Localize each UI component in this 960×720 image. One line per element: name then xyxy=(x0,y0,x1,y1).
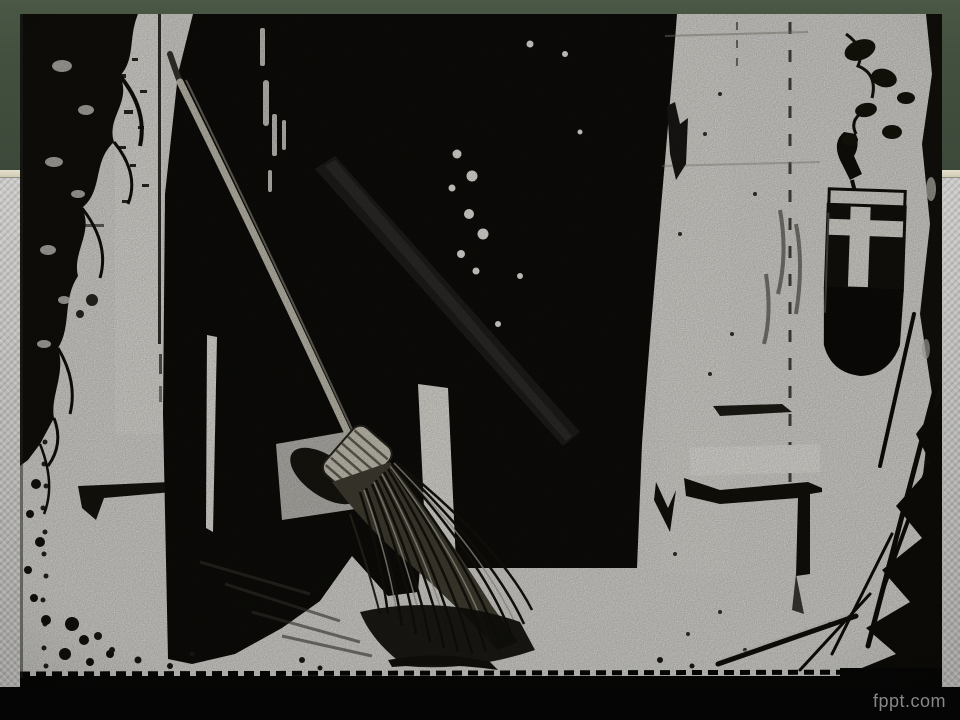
fppt-watermark: fppt.com xyxy=(873,691,946,712)
slide-footer-bar xyxy=(0,687,960,720)
open-door-photograph xyxy=(20,14,942,687)
film-grain xyxy=(20,14,942,687)
presentation-slide: fppt.com xyxy=(0,0,960,720)
